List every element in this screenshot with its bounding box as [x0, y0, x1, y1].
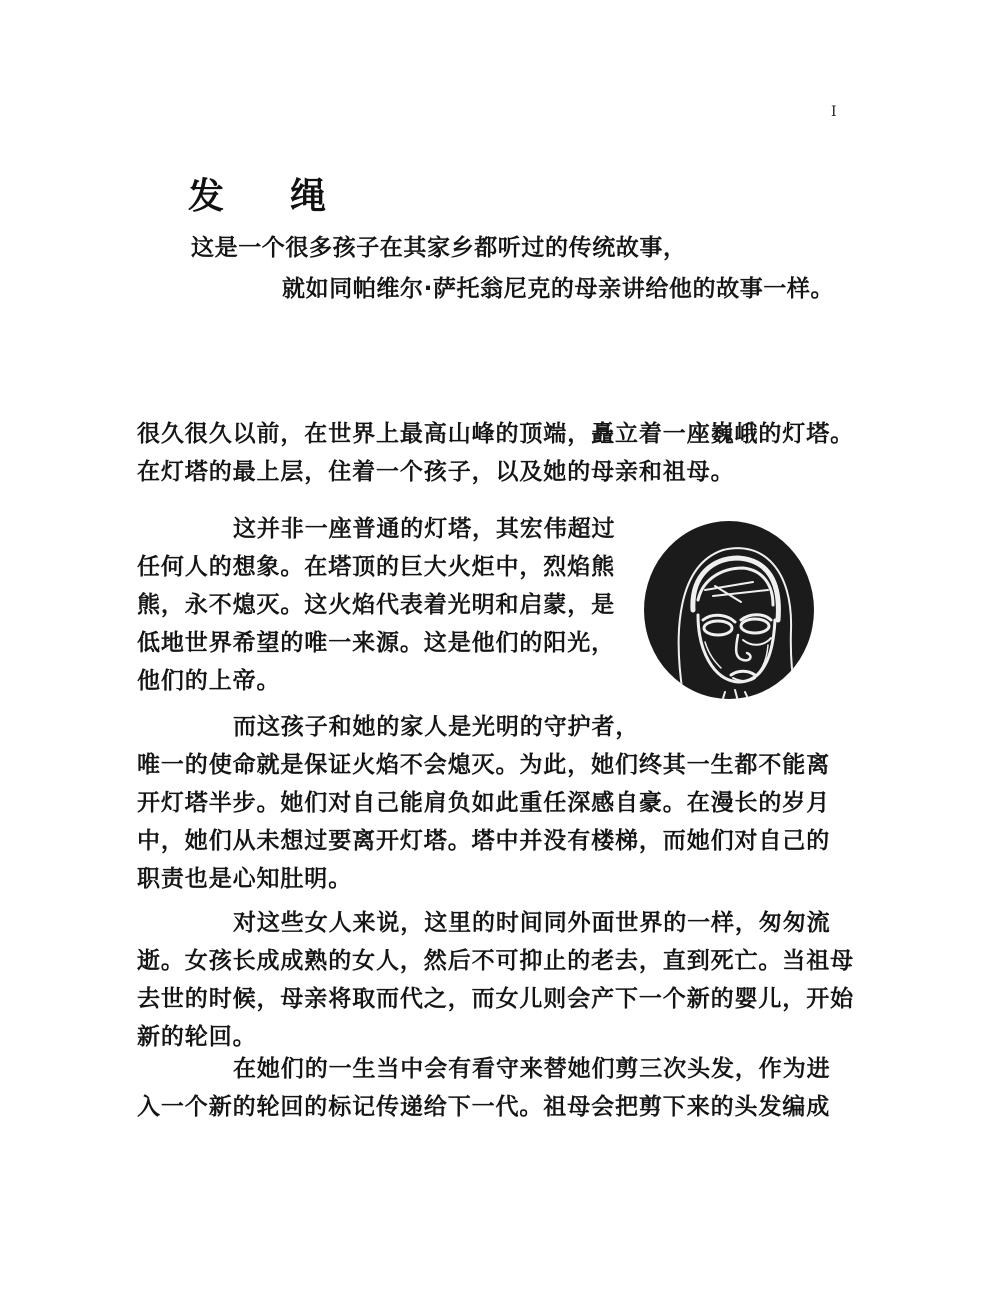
page-number: I [831, 104, 837, 120]
text-line: 在灯塔的最上层，住着一个孩子，以及她的母亲和祖母。 [137, 453, 862, 491]
text-line: 低地世界希望的唯一来源。这是他们的阳光， [137, 624, 627, 662]
text-line: 他们的上帝。 [137, 662, 627, 700]
text-line: 而这孩子和她的家人是光明的守护者， [137, 708, 862, 746]
epigraph-line-2: 就如同帕维尔·萨托翁尼克的母亲讲给他的故事一样。 [282, 274, 834, 304]
chapter-title-char-1: 发 [188, 168, 224, 219]
text-line: 任何人的想象。在塔顶的巨大火炬中，烈焰熊 [137, 548, 627, 586]
text-line: 入一个新的轮回的标记传递给下一代。祖母会把剪下来的头发编成 [137, 1088, 862, 1126]
text-line: 熊，永不熄灭。这火焰代表着光明和启蒙，是 [137, 586, 627, 624]
text-line: 这并非一座普通的灯塔，其宏伟超过 [137, 510, 627, 548]
paragraph-5: 在她们的一生当中会有看守来替她们剪三次头发，作为进 入一个新的轮回的标记传递给下… [137, 1050, 862, 1126]
paragraph-2: 这并非一座普通的灯塔，其宏伟超过 任何人的想象。在塔顶的巨大火炬中，烈焰熊 熊，… [137, 510, 627, 700]
text-line: 中，她们从未想过要离开灯塔。塔中并没有楼梯，而她们对自己的 [137, 822, 862, 860]
girl-portrait-woodcut-icon [643, 520, 815, 705]
paragraph-3: 而这孩子和她的家人是光明的守护者， 唯一的使命就是保证火焰不会熄灭。为此，她们终… [137, 708, 862, 898]
text-line: 职责也是心知肚明。 [137, 860, 862, 898]
paragraph-1: 很久很久以前，在世界上最高山峰的顶端，矗立着一座巍峨的灯塔。 在灯塔的最上层，住… [137, 415, 862, 491]
chapter-title-char-2: 绳 [290, 168, 326, 219]
text-line: 在她们的一生当中会有看守来替她们剪三次头发，作为进 [137, 1050, 862, 1088]
epigraph-line-1: 这是一个很多孩子在其家乡都听过的传统故事， [191, 233, 687, 263]
text-line: 开灯塔半步。她们对自己能肩负如此重任深感自豪。在漫长的岁月 [137, 784, 862, 822]
text-line: 逝。女孩长成成熟的女人，然后不可抑止的老去，直到死亡。当祖母 [137, 942, 862, 980]
text-line: 唯一的使命就是保证火焰不会熄灭。为此，她们终其一生都不能离 [137, 746, 862, 784]
text-line: 对这些女人来说，这里的时间同外面世界的一样，匆匆流 [137, 904, 862, 942]
text-line: 很久很久以前，在世界上最高山峰的顶端，矗立着一座巍峨的灯塔。 [137, 415, 862, 453]
paragraph-4: 对这些女人来说，这里的时间同外面世界的一样，匆匆流 逝。女孩长成成熟的女人，然后… [137, 904, 862, 1056]
chapter-title: 发绳 [188, 168, 326, 219]
text-line: 去世的时候，母亲将取而代之，而女儿则会产下一个新的婴儿，开始 [137, 980, 862, 1018]
